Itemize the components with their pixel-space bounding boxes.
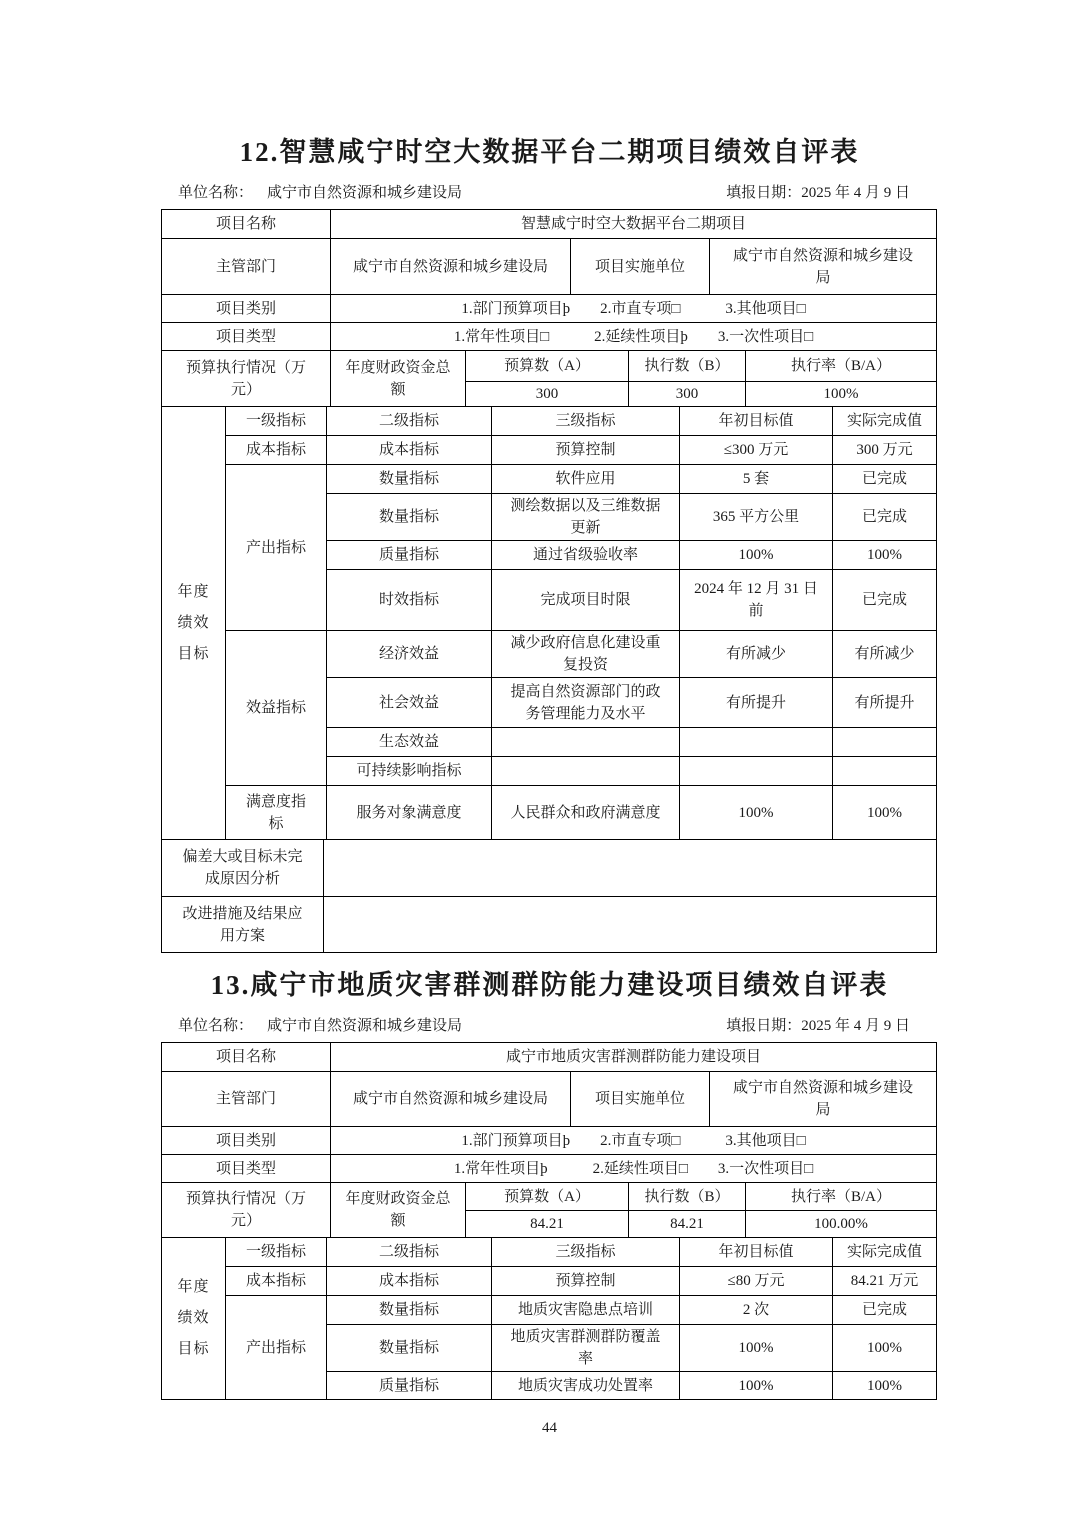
ind-cell: 可持续影响指标 xyxy=(327,757,492,786)
ind-cell: 84.21 万元 xyxy=(833,1267,937,1296)
project-name-value: 智慧咸宁时空大数据平台二期项目 xyxy=(331,210,937,239)
output-indicator-group-label: 产出指标 xyxy=(226,1296,327,1400)
project-name-label: 项目名称 xyxy=(162,1043,331,1072)
annual-fund-label: 年度财政资金总 额 xyxy=(331,351,466,407)
ind-cell: 软件应用 xyxy=(492,465,680,494)
ind-header-level2: 二级指标 xyxy=(327,1238,492,1267)
benefit-indicator-group-label: 效益指标 xyxy=(226,631,327,786)
fill-date-line: 填报日期：2025 年 4 月 9 日 xyxy=(726,1015,910,1037)
ind-header-level2: 二级指标 xyxy=(327,407,492,436)
ind-cell: 2024 年 12 月 31 日 前 xyxy=(680,570,833,631)
ind-cell: 数量指标 xyxy=(327,494,492,541)
ind-cell: 经济效益 xyxy=(327,631,492,678)
exec-b-label: 执行数（B） xyxy=(629,1183,746,1211)
ind-cell: 100% xyxy=(680,1372,833,1400)
category-label: 项目类别 xyxy=(162,295,331,323)
unit-name-line: 单位名称：咸宁市自然资源和城乡建设局 xyxy=(178,1015,462,1037)
page-number: 44 xyxy=(161,1420,938,1437)
ind-cell: 预算控制 xyxy=(492,1267,680,1296)
dept-value: 咸宁市自然资源和城乡建设局 xyxy=(331,1072,571,1127)
impl-unit-value: 咸宁市自然资源和城乡建设 局 xyxy=(710,1072,937,1127)
ind-header-actual: 实际完成值 xyxy=(833,407,937,436)
ind-cell: 测绘数据以及三维数据 更新 xyxy=(492,494,680,541)
unit-name-line: 单位名称：咸宁市自然资源和城乡建设局 xyxy=(178,182,462,204)
rate-label: 执行率（B/A） xyxy=(746,351,937,382)
ind-cell: 地质灾害隐患点培训 xyxy=(492,1296,680,1325)
improvement-plan-label: 改进措施及结果应 用方案 xyxy=(162,897,324,953)
type-label: 项目类型 xyxy=(162,323,331,351)
annual-performance-goal-label: 年度 绩效 目标 xyxy=(162,407,226,840)
deviation-analysis-label: 偏差大或目标未完 成原因分析 xyxy=(162,840,324,897)
type-options: 1.常年性项目□ 2.延续性项目þ 3.一次性项目□ xyxy=(331,323,937,351)
ind-cell: 数量指标 xyxy=(327,465,492,494)
empty-cell xyxy=(492,728,680,757)
ind-cell: 100% xyxy=(833,541,937,570)
impl-unit-value: 咸宁市自然资源和城乡建设 局 xyxy=(710,239,937,295)
category-options: 1.部门预算项目þ 2.市直专项□ 3.其他项目□ xyxy=(331,295,937,323)
analysis-table-12: 偏差大或目标未完 成原因分析 改进措施及结果应 用方案 xyxy=(161,839,937,953)
ind-cell: 100% xyxy=(680,541,833,570)
fill-date-value: 2025 年 4 月 9 日 xyxy=(801,185,910,201)
ind-cell: 100% xyxy=(680,786,833,840)
fill-date-label: 填报日期： xyxy=(726,185,801,201)
budget-a-value: 84.21 xyxy=(466,1211,629,1238)
ind-cell: 有所提升 xyxy=(680,678,833,728)
fill-date-label: 填报日期： xyxy=(726,1018,801,1034)
ind-header-target: 年初目标值 xyxy=(680,407,833,436)
category-options: 1.部门预算项目þ 2.市直专项□ 3.其他项目□ xyxy=(331,1127,937,1155)
dept-label: 主管部门 xyxy=(162,1072,331,1127)
budget-table-13: 预算执行情况（万 元） 年度财政资金总 额 预算数（A） 执行数（B） 执行率（… xyxy=(161,1182,937,1238)
empty-cell xyxy=(833,757,937,786)
empty-cell xyxy=(492,757,680,786)
table-12-title: 12.智慧咸宁时空大数据平台二期项目绩效自评表 xyxy=(161,130,938,174)
ind-cell: 有所减少 xyxy=(833,631,937,678)
empty-cell xyxy=(680,757,833,786)
budget-table-12: 预算执行情况（万 元） 年度财政资金总 额 预算数（A） 执行数（B） 执行率（… xyxy=(161,350,937,407)
ind-header-level1: 一级指标 xyxy=(226,1238,327,1267)
ind-cell: 数量指标 xyxy=(327,1296,492,1325)
budget-a-label: 预算数（A） xyxy=(466,1183,629,1211)
project-info-table-13: 项目名称 咸宁市地质灾害群测群防能力建设项目 主管部门 咸宁市自然资源和城乡建设… xyxy=(161,1042,937,1183)
ind-cell: 成本指标 xyxy=(327,1267,492,1296)
empty-cell xyxy=(833,728,937,757)
ind-cell: 成本指标 xyxy=(226,436,327,465)
ind-cell: 质量指标 xyxy=(327,541,492,570)
ind-cell: 完成项目时限 xyxy=(492,570,680,631)
ind-cell: 5 套 xyxy=(680,465,833,494)
ind-header-actual: 实际完成值 xyxy=(833,1238,937,1267)
rate-label: 执行率（B/A） xyxy=(746,1183,937,1211)
ind-cell: 预算控制 xyxy=(492,436,680,465)
table-13-title: 13.咸宁市地质灾害群测群防能力建设项目绩效自评表 xyxy=(161,963,938,1007)
annual-fund-label: 年度财政资金总 额 xyxy=(331,1183,466,1238)
unit-name-label: 单位名称： xyxy=(178,1018,253,1034)
impl-unit-label: 项目实施单位 xyxy=(571,239,710,295)
exec-b-label: 执行数（B） xyxy=(629,351,746,382)
ind-cell: 减少政府信息化建设重 复投资 xyxy=(492,631,680,678)
budget-a-value: 300 xyxy=(466,382,629,407)
project-name-value: 咸宁市地质灾害群测群防能力建设项目 xyxy=(331,1043,937,1072)
rate-value: 100.00% xyxy=(746,1211,937,1238)
ind-cell: 提高自然资源部门的政 务管理能力及水平 xyxy=(492,678,680,728)
annual-performance-goal-label: 年度 绩效 目标 xyxy=(162,1238,226,1400)
unit-name-value: 咸宁市自然资源和城乡建设局 xyxy=(267,185,462,201)
fill-date-line: 填报日期：2025 年 4 月 9 日 xyxy=(726,182,910,204)
dept-label: 主管部门 xyxy=(162,239,331,295)
ind-cell: 已完成 xyxy=(833,570,937,631)
ind-cell: 时效指标 xyxy=(327,570,492,631)
indicator-table-12: 年度 绩效 目标 一级指标 二级指标 三级指标 年初目标值 实际完成值 成本指标… xyxy=(161,406,937,840)
ind-cell: 通过省级验收率 xyxy=(492,541,680,570)
unit-name-label: 单位名称： xyxy=(178,185,253,201)
output-indicator-group-label: 产出指标 xyxy=(226,465,327,631)
ind-cell: 地质灾害成功处置率 xyxy=(492,1372,680,1400)
budget-a-label: 预算数（A） xyxy=(466,351,629,382)
ind-header-level3: 三级指标 xyxy=(492,1238,680,1267)
satisfaction-indicator-group-label: 满意度指 标 xyxy=(226,786,327,840)
ind-header-level1: 一级指标 xyxy=(226,407,327,436)
fill-date-value: 2025 年 4 月 9 日 xyxy=(801,1018,910,1034)
ind-cell: 社会效益 xyxy=(327,678,492,728)
ind-cell: 100% xyxy=(680,1325,833,1372)
deviation-analysis-value-empty xyxy=(324,840,937,897)
ind-cell: 2 次 xyxy=(680,1296,833,1325)
budget-row-label: 预算执行情况（万 元） xyxy=(162,1183,331,1238)
ind-cell: 服务对象满意度 xyxy=(327,786,492,840)
ind-cell: 人民群众和政府满意度 xyxy=(492,786,680,840)
ind-cell: 数量指标 xyxy=(327,1325,492,1372)
ind-cell: 100% xyxy=(833,1325,937,1372)
budget-row-label: 预算执行情况（万 元） xyxy=(162,351,331,407)
ind-cell: ≤300 万元 xyxy=(680,436,833,465)
ind-cell: 成本指标 xyxy=(327,436,492,465)
exec-b-value: 84.21 xyxy=(629,1211,746,1238)
dept-value: 咸宁市自然资源和城乡建设局 xyxy=(331,239,571,295)
ind-cell: 地质灾害群测群防覆盖 率 xyxy=(492,1325,680,1372)
ind-cell: 已完成 xyxy=(833,494,937,541)
empty-cell xyxy=(680,728,833,757)
ind-cell: 已完成 xyxy=(833,465,937,494)
rate-value: 100% xyxy=(746,382,937,407)
project-info-table-12: 项目名称 智慧咸宁时空大数据平台二期项目 主管部门 咸宁市自然资源和城乡建设局 … xyxy=(161,209,937,351)
project-name-label: 项目名称 xyxy=(162,210,331,239)
ind-cell: 有所减少 xyxy=(680,631,833,678)
ind-cell: 100% xyxy=(833,786,937,840)
impl-unit-label: 项目实施单位 xyxy=(571,1072,710,1127)
ind-header-level3: 三级指标 xyxy=(492,407,680,436)
improvement-plan-value-empty xyxy=(324,897,937,953)
ind-cell: ≤80 万元 xyxy=(680,1267,833,1296)
ind-cell: 质量指标 xyxy=(327,1372,492,1400)
ind-header-target: 年初目标值 xyxy=(680,1238,833,1267)
table-13-meta-row: 单位名称：咸宁市自然资源和城乡建设局 填报日期：2025 年 4 月 9 日 xyxy=(161,1015,938,1037)
indicator-table-13: 年度 绩效 目标 一级指标 二级指标 三级指标 年初目标值 实际完成值 成本指标… xyxy=(161,1237,937,1400)
unit-name-value: 咸宁市自然资源和城乡建设局 xyxy=(267,1018,462,1034)
type-options: 1.常年性项目þ 2.延续性项目□ 3.一次性项目□ xyxy=(331,1155,937,1183)
category-label: 项目类别 xyxy=(162,1127,331,1155)
ind-cell: 有所提升 xyxy=(833,678,937,728)
ind-cell: 已完成 xyxy=(833,1296,937,1325)
ind-cell: 365 平方公里 xyxy=(680,494,833,541)
ind-cell: 生态效益 xyxy=(327,728,492,757)
document-page: 12.智慧咸宁时空大数据平台二期项目绩效自评表 单位名称：咸宁市自然资源和城乡建… xyxy=(161,0,938,1437)
type-label: 项目类型 xyxy=(162,1155,331,1183)
ind-cell: 100% xyxy=(833,1372,937,1400)
exec-b-value: 300 xyxy=(629,382,746,407)
ind-cell: 300 万元 xyxy=(833,436,937,465)
table-12-meta-row: 单位名称：咸宁市自然资源和城乡建设局 填报日期：2025 年 4 月 9 日 xyxy=(161,182,938,204)
ind-cell: 成本指标 xyxy=(226,1267,327,1296)
